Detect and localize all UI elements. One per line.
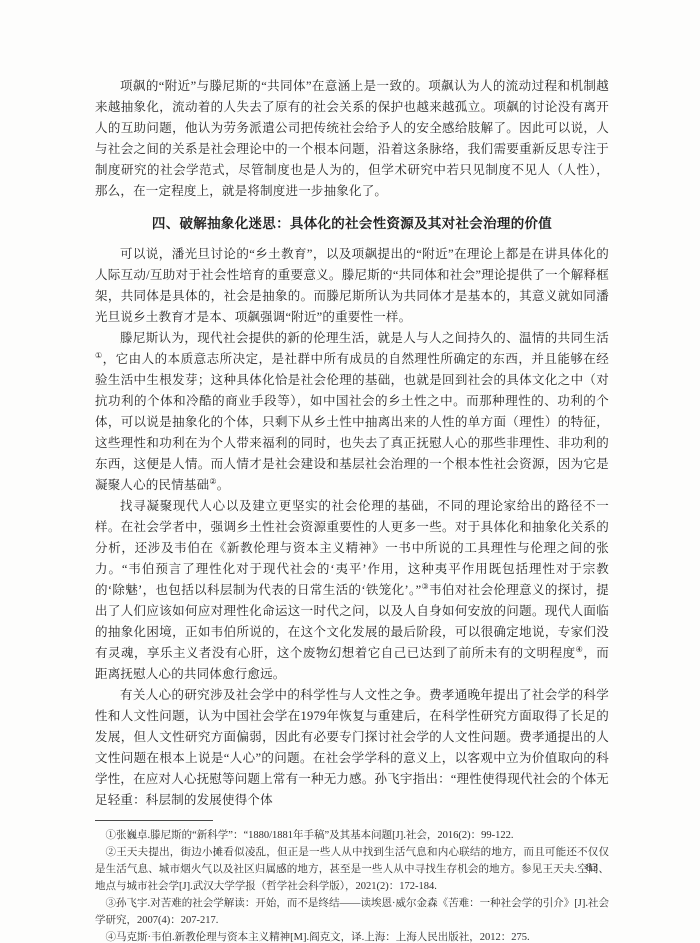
- footnote-item: ①张巍卓.滕尼斯的“新科学”：“1880/1881年手稿”及其基本问题[J].社…: [95, 827, 609, 844]
- text-run: 。: [217, 478, 230, 492]
- article-body: 项飙的“附近”与滕尼斯的“共同体”在意涵上是一致的。项飙认为人的流动过程和机制越…: [95, 76, 609, 943]
- text-run: 项飙的“附近”与滕尼斯的“共同体”在意涵上是一致的。项飙认为人的流动过程和机制越…: [95, 79, 609, 198]
- footnote-text: 马克斯·韦伯.新教伦理与资本主义精神[M].阎克文，译.上海：上海人民出版社，2…: [116, 932, 530, 943]
- body-paragraph: 找寻凝聚现代人心以及建立更坚实的社会伦理的基础，不同的理论家给出的路径不一样。在…: [95, 496, 609, 685]
- footnotes-section: ①张巍卓.滕尼斯的“新科学”：“1880/1881年手稿”及其基本问题[J].社…: [95, 827, 609, 943]
- body-paragraph: 滕尼斯认为，现代社会提供的新的伦理生活，就是人与人之间持久的、温情的共同生活①，…: [95, 328, 609, 496]
- footnote-marker: ③: [106, 898, 117, 909]
- footnote-text: 张巍卓.滕尼斯的“新科学”：“1880/1881年手稿”及其基本问题[J].社会…: [116, 830, 514, 841]
- footnote-marker: ④: [106, 932, 117, 943]
- footnote-divider: [95, 820, 213, 821]
- text-run: ，它由人的本质意志所决定，是社群中所有成员的自然理性所确定的东西，并且能够在经验…: [95, 352, 609, 492]
- intro-paragraph: 项飙的“附近”与滕尼斯的“共同体”在意涵上是一致的。项飙认为人的流动过程和机制越…: [95, 76, 609, 202]
- text-run: 有关人心的研究涉及社会学中的科学性与人文性之争。费孝通晚年提出了社会学的科学性和…: [95, 688, 609, 807]
- footnote-item: ③孙飞宇.对苦难的社会学解读：开始，而不是终结——读埃恩·威尔金森《苦难：一种社…: [95, 895, 609, 929]
- footnote-ref-superscript: ③: [421, 582, 429, 591]
- footnote-ref-superscript: ①: [95, 351, 103, 360]
- footnote-text: 孙飞宇.对苦难的社会学解读：开始，而不是终结——读埃恩·威尔金森《苦难：一种社会…: [95, 898, 609, 926]
- scanned-page: 项飙的“附近”与滕尼斯的“共同体”在意涵上是一致的。项飙认为人的流动过程和机制越…: [0, 0, 700, 943]
- footnote-item: ②王天夫提出，街边小摊看似凌乱，但正是一些人从中找到生活气息和内心联结的地方，而…: [95, 844, 609, 895]
- body-paragraph: 有关人心的研究涉及社会学中的科学性与人文性之争。费孝通晚年提出了社会学的科学性和…: [95, 685, 609, 811]
- page-number: 83: [586, 860, 598, 875]
- text-run: 滕尼斯认为，现代社会提供的新的伦理生活，就是人与人之间持久的、温情的共同生活: [120, 331, 609, 345]
- footnote-item: ④马克斯·韦伯.新教伦理与资本主义精神[M].阎克文，译.上海：上海人民出版社，…: [95, 929, 609, 943]
- footnote-marker: ②: [106, 847, 117, 858]
- section-heading: 四、破解抽象化迷思：具体化的社会性资源及其对社会治理的价值: [95, 213, 609, 234]
- footnote-text: 王天夫提出，街边小摊看似凌乱，但正是一些人从中找到生活气息和内心联结的地方，而且…: [95, 847, 609, 892]
- footnote-marker: ①: [106, 830, 117, 841]
- footnote-ref-superscript: ②: [209, 477, 216, 486]
- text-run: 可以说，潘光旦讨论的“乡土教育”，以及项飙提出的“附近”在理论上都是在讲具体化的…: [95, 247, 609, 324]
- body-paragraph: 可以说，潘光旦讨论的“乡土教育”，以及项飙提出的“附近”在理论上都是在讲具体化的…: [95, 244, 609, 328]
